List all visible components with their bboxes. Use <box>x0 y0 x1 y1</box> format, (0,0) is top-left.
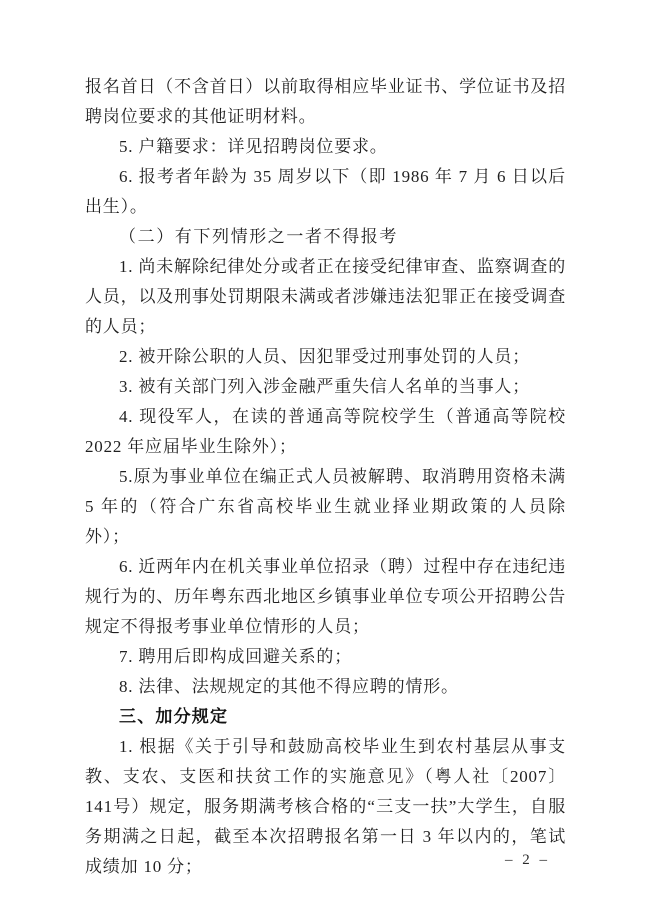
list-item-disqualification-5: 5.原为事业单位在编正式人员被解聘、取消聘用资格未满 5 年的（符合广东省高校毕… <box>85 462 566 552</box>
list-item-disqualification-4: 4. 现役军人，在读的普通高等院校学生（普通高等院校 2022 年应届毕业生除外… <box>85 402 566 462</box>
page-number: – 2 – <box>505 850 550 870</box>
list-item-age-requirement: 6. 报考者年龄为 35 周岁以下（即 1986 年 7 月 6 日以后出生）。 <box>85 162 566 222</box>
section-heading-bonus-points: 三、加分规定 <box>85 702 566 732</box>
list-item-disqualification-3: 3. 被有关部门列入涉金融严重失信人名单的当事人； <box>85 372 566 402</box>
document-page: 报名首日（不含首日）以前取得相应毕业证书、学位证书及招聘岗位要求的其他证明材料。… <box>0 0 650 919</box>
document-body: 报名首日（不含首日）以前取得相应毕业证书、学位证书及招聘岗位要求的其他证明材料。… <box>85 72 566 882</box>
list-item-disqualification-6: 6. 近两年内在机关事业单位招录（聘）过程中存在违纪违规行为的、历年粤东西北地区… <box>85 552 566 642</box>
paragraph-certificates-continuation: 报名首日（不含首日）以前取得相应毕业证书、学位证书及招聘岗位要求的其他证明材料。 <box>85 72 566 132</box>
list-item-disqualification-2: 2. 被开除公职的人员、因犯罪受过刑事处罚的人员； <box>85 342 566 372</box>
paragraph-bonus-rule-1: 1. 根据《关于引导和鼓励高校毕业生到农村基层从事支教、支农、支医和扶贫工作的实… <box>85 732 566 882</box>
list-item-disqualification-7: 7. 聘用后即构成回避关系的； <box>85 642 566 672</box>
subsection-heading-disqualifications: （二）有下列情形之一者不得报考 <box>85 222 566 252</box>
list-item-disqualification-1: 1. 尚未解除纪律处分或者正在接受纪律审查、监察调查的人员，以及刑事处罚期限未满… <box>85 252 566 342</box>
list-item-residency-requirement: 5. 户籍要求：详见招聘岗位要求。 <box>85 132 566 162</box>
list-item-disqualification-8: 8. 法律、法规规定的其他不得应聘的情形。 <box>85 672 566 702</box>
